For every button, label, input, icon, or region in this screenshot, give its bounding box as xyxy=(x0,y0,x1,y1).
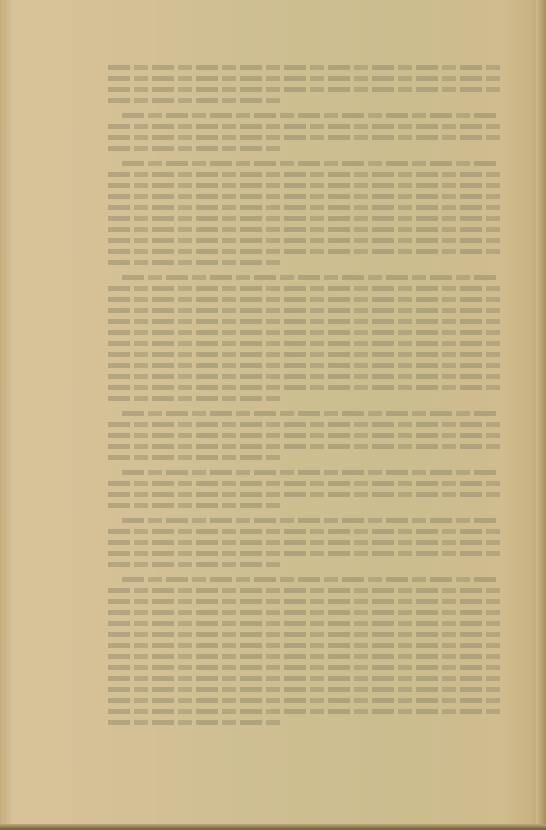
text-line xyxy=(108,360,500,371)
text-line xyxy=(108,180,500,191)
paragraph: [paragraph text illegible in source imag… xyxy=(108,467,500,511)
text-line xyxy=(108,684,500,695)
text-line xyxy=(108,169,500,180)
text-line xyxy=(108,272,500,283)
text-line xyxy=(108,695,500,706)
paragraph: [paragraph text illegible in source imag… xyxy=(108,515,500,570)
text-line xyxy=(108,607,500,618)
running-header: [page number illegible] [running title i… xyxy=(100,41,500,55)
paragraph: [paragraph text illegible in source imag… xyxy=(108,110,500,154)
text-line xyxy=(108,717,500,728)
text-line xyxy=(108,121,500,132)
text-line xyxy=(108,629,500,640)
text-line xyxy=(108,305,500,316)
text-line xyxy=(108,283,500,294)
text-line xyxy=(108,132,500,143)
text-line xyxy=(108,158,500,169)
page-edge-shadow xyxy=(536,0,546,830)
text-line xyxy=(108,382,500,393)
text-line xyxy=(108,651,500,662)
scanned-page: [page number illegible] [running title i… xyxy=(0,0,546,830)
text-line xyxy=(108,559,500,570)
paragraph: [paragraph text illegible in source imag… xyxy=(108,62,500,106)
text-line xyxy=(108,500,500,511)
text-line xyxy=(108,537,500,548)
text-line xyxy=(108,393,500,404)
text-line xyxy=(108,213,500,224)
text-line xyxy=(108,548,500,559)
text-line xyxy=(108,515,500,526)
text-line xyxy=(108,62,500,73)
paragraph: [paragraph text illegible in source imag… xyxy=(108,158,500,268)
spine-shadow xyxy=(0,0,12,830)
text-line xyxy=(108,73,500,84)
text-line xyxy=(108,316,500,327)
text-line xyxy=(108,706,500,717)
text-line xyxy=(108,596,500,607)
text-line xyxy=(108,441,500,452)
paragraph: [paragraph text illegible in source imag… xyxy=(108,574,500,728)
paragraph: [paragraph text illegible in source imag… xyxy=(108,408,500,463)
text-line xyxy=(108,349,500,360)
text-line xyxy=(108,143,500,154)
text-line xyxy=(108,224,500,235)
text-line xyxy=(108,371,500,382)
text-line xyxy=(108,419,500,430)
text-line xyxy=(108,430,500,441)
text-line xyxy=(108,191,500,202)
text-line xyxy=(108,467,500,478)
text-line xyxy=(108,408,500,419)
text-line xyxy=(108,585,500,596)
page-bottom-edge xyxy=(0,824,546,830)
text-line xyxy=(108,235,500,246)
text-line xyxy=(108,673,500,684)
text-line xyxy=(108,257,500,268)
text-line xyxy=(108,526,500,537)
text-line xyxy=(108,574,500,585)
text-line xyxy=(108,246,500,257)
text-line xyxy=(108,618,500,629)
text-line xyxy=(108,452,500,463)
text-line xyxy=(108,489,500,500)
text-line xyxy=(108,95,500,106)
text-line xyxy=(108,84,500,95)
text-line xyxy=(108,338,500,349)
text-line xyxy=(108,640,500,651)
text-line xyxy=(108,294,500,305)
text-line xyxy=(108,327,500,338)
text-line xyxy=(108,202,500,213)
text-line xyxy=(108,478,500,489)
text-line xyxy=(108,662,500,673)
paragraph: [paragraph text illegible in source imag… xyxy=(108,272,500,404)
body-text: [paragraph text illegible in source imag… xyxy=(108,62,500,732)
text-line xyxy=(108,110,500,121)
